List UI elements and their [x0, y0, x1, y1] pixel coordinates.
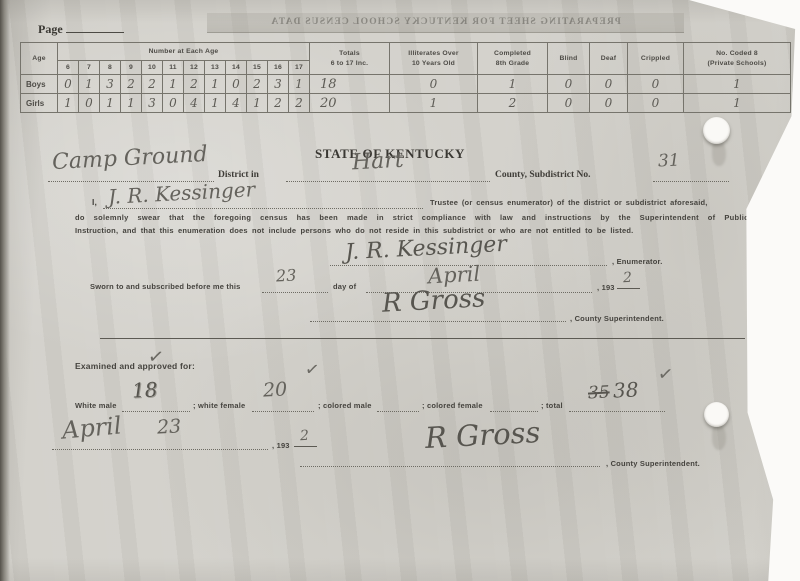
girls-crippled: 0: [628, 94, 684, 113]
colored-female-label: ; colored female: [422, 401, 483, 410]
completed-header-line1: Completed: [478, 49, 547, 58]
cell: 1: [247, 94, 268, 113]
approval-year-blank-line: [294, 445, 317, 447]
subdistrict-handwritten-value: 31: [657, 150, 680, 171]
coded-header-line2: (Private Schools): [684, 59, 790, 68]
sworn-day-handwritten: 23: [276, 265, 297, 285]
sworn-day-blank-line: [262, 291, 328, 293]
cell: 1: [100, 94, 121, 113]
oath-line2: Instruction, and that this enumeration d…: [75, 226, 775, 235]
approval-year-prefix: , 193: [272, 441, 290, 450]
girls-row: Girls 1 0 1 1 3 0 4 1 4 1 2 2 20 1 2 0 0…: [21, 94, 791, 113]
girls-deaf: 0: [590, 94, 628, 113]
number-at-each-age-header: Number at Each Age: [58, 43, 310, 61]
page-label-text: Page: [38, 22, 63, 36]
bleed-through-text: PREPARATING SHEET FOR KENTUCKY SCHOOL CE…: [207, 13, 684, 33]
totals-header-line1: Totals: [310, 49, 389, 58]
illiterates-header-line1: Illiterates Over: [390, 49, 477, 58]
cell: 2: [184, 75, 205, 94]
illiterates-header: Illiterates Over 10 Years Old: [390, 43, 478, 75]
total-label: ; total: [541, 401, 563, 410]
cell: 1: [205, 75, 226, 94]
colored-male-blank-line: [377, 410, 419, 412]
hole-punch-smudge-bottom: [712, 424, 726, 450]
superintendent-signature-2: R Gross: [424, 415, 541, 455]
county-blank-line: [286, 180, 490, 182]
white-female-label: ; white female: [193, 401, 245, 410]
boys-total: 18: [310, 75, 390, 94]
white-female-value-handwritten: 20: [262, 378, 287, 401]
coded-header-line1: No. Coded 8: [684, 49, 790, 58]
white-male-value-handwritten: 18: [131, 377, 158, 402]
completed-8th-header: Completed 8th Grade: [478, 43, 548, 75]
page-number-blank: [66, 22, 124, 33]
deaf-header: Deaf: [590, 43, 628, 75]
cell: 0: [163, 94, 184, 113]
total-checkmark: ✓: [657, 363, 675, 386]
boys-row-label: Boys: [21, 75, 58, 94]
white-female-blank-line: [252, 410, 314, 412]
superintendent-signature-line-1: [310, 320, 566, 322]
scanned-census-document: PREPARATING SHEET FOR KENTUCKY SCHOOL CE…: [0, 0, 800, 581]
cell: 2: [247, 75, 268, 94]
colored-male-label: ; colored male: [318, 401, 372, 410]
age-col-14: 14: [226, 61, 247, 75]
approval-year-digit-handwritten: 2: [300, 428, 310, 444]
girls-blind: 0: [548, 94, 590, 113]
hole-punch-top: [703, 117, 730, 144]
cell: 4: [184, 94, 205, 113]
girls-coded: 1: [684, 94, 791, 113]
boys-deaf: 0: [590, 75, 628, 94]
boys-row: Boys 0 1 3 2 2 1 2 1 0 2 3 1 18 0 1 0 0 …: [21, 75, 791, 94]
superintendent-signature-1: R Gross: [381, 283, 486, 318]
county-subdistrict-label: County, Subdistrict No.: [495, 170, 591, 180]
cell: 1: [58, 94, 79, 113]
totals-header-line2: 6 to 17 Inc.: [310, 59, 389, 68]
totals-header: Totals 6 to 17 Inc.: [310, 43, 390, 75]
age-header: Age: [21, 43, 58, 75]
cell: 3: [142, 94, 163, 113]
cell: 1: [205, 94, 226, 113]
total-blank-line: [569, 410, 665, 412]
cell: 2: [142, 75, 163, 94]
approved-checkmark: ✓: [147, 345, 166, 369]
superintendent-title-label-1: , County Superintendent.: [570, 314, 664, 323]
boys-completed: 1: [478, 75, 548, 94]
sworn-year-blank-line: [617, 287, 640, 289]
age-col-8: 8: [100, 61, 121, 75]
white-male-label: White male: [75, 401, 117, 410]
approval-date-blank-line: [52, 448, 268, 450]
sworn-year-prefix: , 193: [597, 283, 615, 292]
cell: 1: [289, 75, 310, 94]
illiterates-header-line2: 10 Years Old: [390, 59, 477, 68]
cell: 2: [268, 94, 289, 113]
age-col-15: 15: [247, 61, 268, 75]
cell: 1: [79, 75, 100, 94]
cell: 3: [100, 75, 121, 94]
examined-label: Examined and approved for:: [75, 361, 195, 371]
binding-edge-shadow: [0, 0, 10, 581]
boys-coded: 1: [684, 75, 791, 94]
boys-illiterates: 0: [390, 75, 478, 94]
cell: 1: [121, 94, 142, 113]
cell: 1: [163, 75, 184, 94]
county-handwritten-value: Hart: [351, 148, 404, 176]
subdistrict-blank-line: [653, 180, 729, 182]
girls-row-label: Girls: [21, 94, 58, 113]
colored-female-blank-line: [490, 410, 538, 412]
census-table: Age Number at Each Age Totals 6 to 17 In…: [20, 42, 791, 113]
white-male-blank-line: [122, 410, 190, 412]
total-crossed-out-handwritten: 35: [587, 382, 610, 403]
white-female-checkmark: ✓: [304, 359, 321, 381]
cell: 4: [226, 94, 247, 113]
age-col-10: 10: [142, 61, 163, 75]
age-col-13: 13: [205, 61, 226, 75]
age-col-11: 11: [163, 61, 184, 75]
age-col-6: 6: [58, 61, 79, 75]
page-label: Page: [38, 22, 124, 37]
cell: 2: [289, 94, 310, 113]
coded-private-schools-header: No. Coded 8 (Private Schools): [684, 43, 791, 75]
boys-blind: 0: [548, 75, 590, 94]
day-of-label: day of: [333, 282, 356, 291]
age-col-9: 9: [121, 61, 142, 75]
total-value-handwritten: 38: [612, 377, 639, 402]
oath-line1: do solemnly swear that the foregoing cen…: [75, 213, 775, 222]
girls-total: 20: [310, 94, 390, 113]
blind-header: Blind: [548, 43, 590, 75]
age-col-12: 12: [184, 61, 205, 75]
approval-date-day-handwritten: 23: [156, 415, 181, 438]
superintendent-signature-line-2: [300, 465, 600, 467]
girls-illiterates: 1: [390, 94, 478, 113]
age-col-7: 7: [79, 61, 100, 75]
enumerator-name-blank-line: [103, 207, 423, 209]
cell: 3: [268, 75, 289, 94]
cell: 2: [121, 75, 142, 94]
superintendent-title-label-2: , County Superintendent.: [606, 459, 700, 468]
sworn-year-digit-handwritten: 2: [623, 270, 633, 286]
crippled-header: Crippled: [628, 43, 684, 75]
approval-date-month-handwritten: April: [61, 411, 123, 444]
section-divider: [100, 337, 745, 339]
age-col-16: 16: [268, 61, 289, 75]
boys-crippled: 0: [628, 75, 684, 94]
trustee-line: Trustee (or census enumerator) of the di…: [430, 198, 775, 207]
hole-punch-bottom: [704, 402, 729, 427]
cell: 0: [226, 75, 247, 94]
cell: 0: [58, 75, 79, 94]
girls-completed: 2: [478, 94, 548, 113]
sworn-label: Sworn to and subscribed before me this: [90, 282, 241, 291]
age-col-17: 17: [289, 61, 310, 75]
completed-header-line2: 8th Grade: [478, 59, 547, 68]
i-label: I,: [92, 197, 97, 207]
cell: 0: [79, 94, 100, 113]
enumerator-title-label: , Enumerator.: [612, 257, 663, 266]
